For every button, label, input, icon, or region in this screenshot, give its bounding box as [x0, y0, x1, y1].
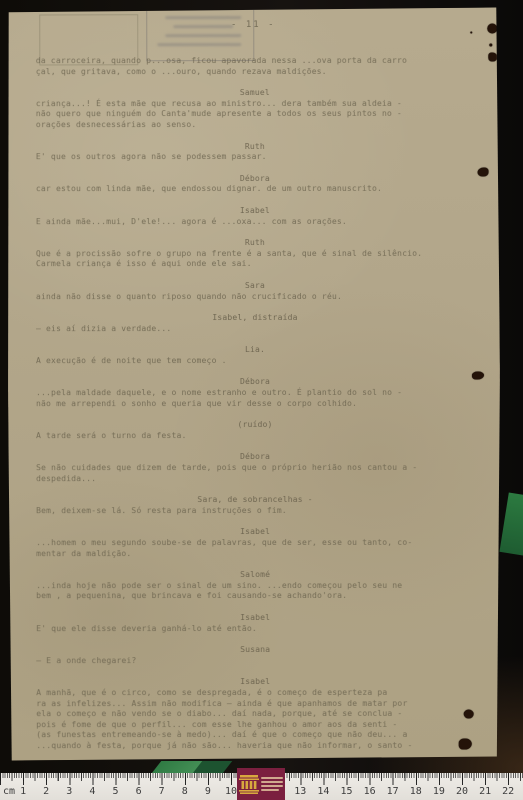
speaker-name: Isabel [36, 677, 474, 688]
dialogue-line: ela o começo e não vendo se o diabo... d… [36, 709, 474, 720]
ruler-number: 8 [182, 786, 188, 797]
dialogue-line: ra as infelizes... Assim não modifica — … [36, 698, 474, 709]
speaker-name: Isabel [36, 613, 474, 624]
ruler-number: 13 [294, 786, 306, 797]
dialogue-line: E' que os outros agora não se podessem p… [36, 152, 474, 163]
stamp-illegible-line [165, 34, 241, 37]
speaker-name: Susana [36, 645, 474, 656]
ink-spot [464, 710, 474, 719]
ruler-number: 17 [387, 786, 399, 797]
archive-building-icon [239, 773, 259, 795]
ruler-number: 15 [340, 786, 352, 797]
scanned-manuscript-page: - 11 - da carroceira, quando p...osa, fi… [7, 7, 501, 760]
speaker-name: Lia. [36, 345, 474, 356]
dialogue-line: car estou com linda mãe, que endossou di… [36, 184, 474, 195]
ruler-number: 9 [205, 786, 211, 797]
ruler-number: 14 [317, 786, 329, 797]
ruler-number: 4 [89, 786, 95, 797]
dialogue-line: Bem, deixem-se lá. Só resta para instruç… [36, 506, 474, 517]
dialogue-line: não me arrependi o sonho e queria que vi… [36, 399, 474, 410]
archive-stamp-box [146, 9, 254, 61]
ruler-number: 22 [502, 786, 514, 797]
dialogue-line: não quero que ninguém do Canta'mude apre… [36, 109, 474, 120]
ruler-number: 18 [410, 786, 422, 797]
ruler-number: 6 [136, 786, 142, 797]
dialogue-line: E ainda mãe...mui, D'ele!... agora é ...… [36, 216, 474, 227]
stamp-illegible-line [157, 43, 241, 46]
dialogue-line: pois é fome de que o perfil... com esse … [36, 720, 474, 731]
dialogue-line: ...quando à festa, porque já não são... … [36, 741, 474, 752]
ink-spot [470, 32, 472, 34]
ruler-number: 7 [159, 786, 165, 797]
dialogue-line: ...homem o meu segundo soube-se de palav… [36, 538, 474, 549]
ink-spot [489, 44, 492, 47]
speaker-name: Débora [36, 377, 474, 388]
speaker-name: Ruth [36, 238, 474, 249]
ruler-number: 1 [20, 786, 26, 797]
dialogue-line: Que é a procissão sofre o grupo na frent… [36, 249, 474, 260]
dialogue-line: ainda não disse o quanto riposo quando n… [36, 291, 474, 302]
dialogue-line: — E a onde chegarei? [36, 656, 474, 667]
ruler-number: 21 [479, 786, 491, 797]
dialogue-line: orações desnecessárias ao senso. [36, 120, 474, 131]
stamp-illegible-line [165, 16, 241, 19]
ruler-number: 19 [433, 786, 445, 797]
dialogue-line: A manhã, que é o circo, como se desprega… [36, 688, 474, 699]
page-number: - 11 - [7, 19, 499, 30]
dialogue-line: Carmela criança é isso é aqui onde ele s… [36, 259, 474, 270]
ink-spot [487, 23, 497, 33]
archive-logo-text-lines [261, 777, 283, 791]
speaker-name: Sara, de sobrancelhas - [36, 495, 474, 506]
dialogue-line: — eis aí dizia a verdade... [36, 324, 474, 335]
speaker-name: Sara [36, 281, 474, 292]
ink-spot [488, 52, 497, 61]
speaker-name: (ruído) [36, 420, 474, 431]
ruler-number: 20 [456, 786, 468, 797]
dialogue-line: çal, que gritava, como o ...ouro, quando… [36, 66, 474, 77]
speaker-name: Salomé [36, 570, 474, 581]
typewritten-script-text: da carroceira, quando p...osa, ficou apa… [8, 56, 500, 752]
dialogue-line: E' que ele disse deveria ganhá-lo até en… [36, 623, 474, 634]
archive-logo [237, 768, 285, 800]
speaker-name: Débora [36, 174, 474, 185]
speaker-name: Isabel [36, 206, 474, 217]
dialogue-line: despedida... [36, 473, 474, 484]
dialogue-line: mentar da maldição. [36, 548, 474, 559]
dialogue-line: A tarde será o turno da festa. [36, 431, 474, 442]
ink-spot [478, 168, 489, 177]
speaker-name: Débora [36, 452, 474, 463]
ruler-number: 10 [225, 786, 237, 797]
ruler-number: 16 [364, 786, 376, 797]
dialogue-line: criança...! É esta mãe que recusa ao min… [36, 99, 474, 110]
speaker-name: Isabel [36, 527, 474, 538]
dialogue-line: A execução é de noite que tem começo . [36, 356, 474, 367]
dialogue-line: bem , a pequenina, que brincava e foi ca… [36, 591, 474, 602]
ruler-number: 5 [112, 786, 118, 797]
ruler-number: 3 [66, 786, 72, 797]
dialogue-line: ...inda hoje não pode ser o sinal de um … [36, 581, 474, 592]
dialogue-line: Se não cuidades que dizem de tarde, pois… [36, 463, 474, 474]
ruler-number: 2 [43, 786, 49, 797]
speaker-name: Ruth [36, 141, 474, 152]
dialogue-line: ...pela maldade daquele, e o nome estran… [36, 388, 474, 399]
speaker-name: Isabel, distraída [36, 313, 474, 324]
dialogue-line: (as funestas entremeando-se à medo)... d… [36, 730, 474, 741]
ruler-unit-label: cm [3, 786, 15, 797]
dialogue-line: da carroceira, quando p...osa, ficou apa… [36, 56, 474, 67]
speaker-name: Samuel [36, 88, 474, 99]
